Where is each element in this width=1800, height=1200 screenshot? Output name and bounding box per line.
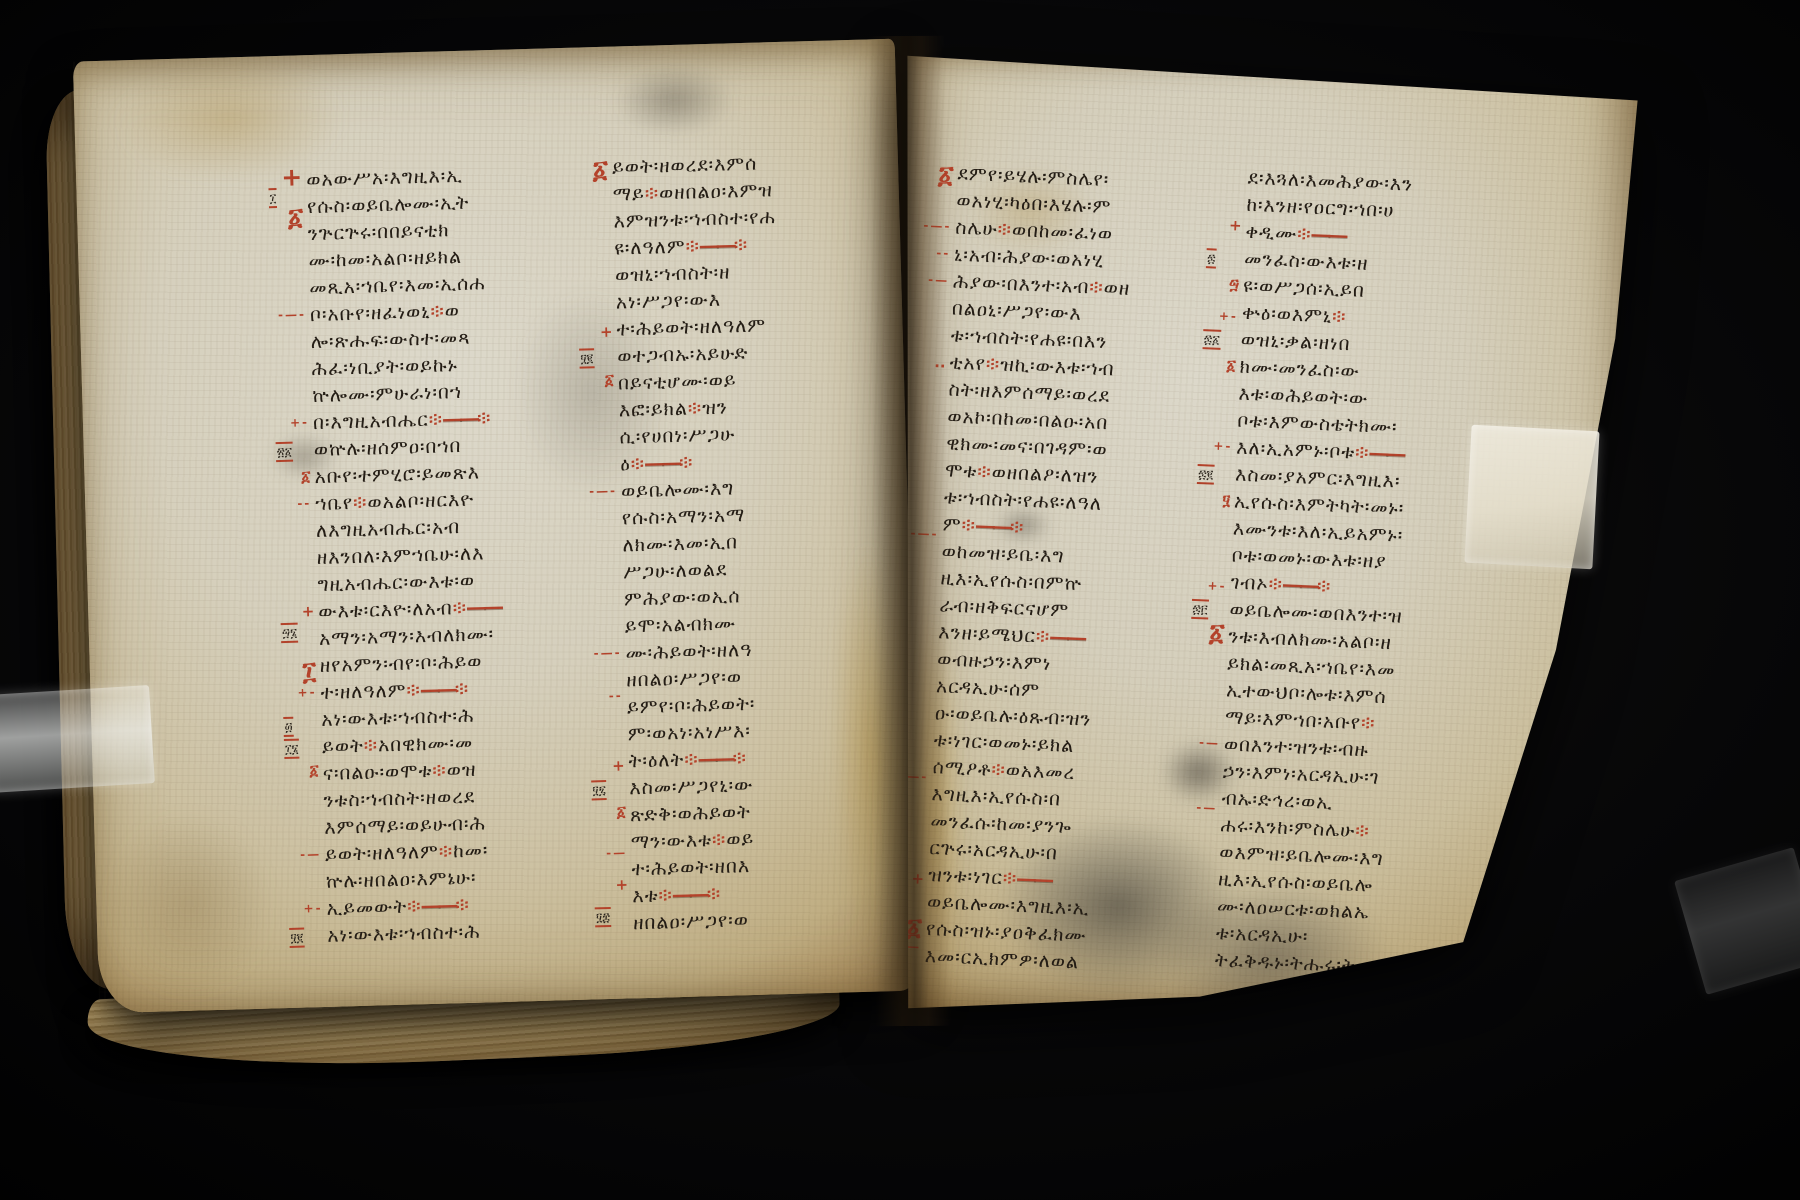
margin-mark: ፳፩	[276, 442, 294, 462]
margin-mark: ፶፯	[591, 780, 607, 800]
margin-mark: ‐—	[1178, 733, 1221, 751]
stain	[102, 806, 277, 1001]
margin-mark: ‐—	[279, 846, 321, 863]
right-page-column-1: ደምየ፡ይሄሉ፡ምስሌየ፡ወአነሂ፡ካዕበ፡እሄሉ፡ምስሌሁ፨ወበከመ፡ፈነወኒ…	[924, 161, 1224, 981]
margin-mark: +	[570, 323, 612, 340]
margin-mark: ፩	[261, 206, 304, 229]
margin-mark: +	[583, 758, 625, 775]
margin-mark: +	[272, 603, 314, 620]
margin-mark: +‐	[267, 414, 309, 431]
margin-mark: +‐	[280, 900, 322, 917]
margin-mark: ፷፪	[1197, 464, 1215, 485]
margin-mark: ፷	[1206, 248, 1217, 268]
margin-mark: ፵	[1197, 275, 1240, 293]
margin-mark: ፩	[1182, 620, 1225, 644]
margin-mark: ፶፪	[289, 928, 304, 948]
margin-mark: ፶፰	[595, 907, 612, 927]
margin-mark: +	[260, 166, 303, 189]
margin-mark: ‐—‐	[579, 645, 621, 662]
margin-mark: ፲	[268, 188, 277, 208]
margin-mark: +‐	[1190, 437, 1233, 455]
margin-mark: ፩	[277, 762, 319, 779]
margin-mark: ፲፮	[284, 739, 300, 759]
margin-mark: ፩	[572, 372, 614, 389]
margin-mark: +‐	[1196, 307, 1239, 325]
margin-mark: ፷፫	[1191, 599, 1209, 620]
margin-mark: +‐	[274, 684, 316, 701]
plastic-strip-left	[0, 685, 155, 793]
margin-mark: +‐	[1184, 577, 1227, 595]
margin-mark: ‐‐	[581, 688, 623, 705]
photo-background: ወአውሥአ፡እግዚእ፡ኢየሱስ፡ወይቤሎሙ፡ኢትንጕርጕሩ፡በበይናቲክሙ፡ከመ…	[0, 0, 1800, 1200]
margin-mark: ‐—‐	[264, 306, 306, 323]
plastic-strip-right	[1464, 425, 1599, 570]
margin-mark: ፵፮	[281, 622, 299, 642]
margin-mark: ‐—‐	[575, 483, 617, 500]
margin-mark: ፲	[274, 660, 317, 683]
margin-mark: ፩	[566, 159, 609, 182]
left-page-column-2: ይወት፡ዘወረደ፡እምሰማይ፨ወዘበልዐ፡እምዝእምዝንቱ፡ኀብስተ፡የሐዩ፡ለ…	[612, 147, 908, 937]
margin-mark: ‐—	[1175, 798, 1218, 816]
margin-mark: ፶፪	[579, 348, 594, 368]
book-gutter-shadow	[869, 36, 952, 1027]
margin-mark: ፷፩	[1202, 329, 1221, 350]
margin-mark: ፩	[584, 804, 626, 821]
margin-mark: +	[586, 877, 628, 894]
margin-mark: ፩	[1194, 356, 1237, 374]
left-page: ወአውሥአ፡እግዚእ፡ኢየሱስ፡ወይቤሎሙ፡ኢትንጕርጕሩ፡በበይናቲክሙ፡ከመ…	[73, 39, 921, 1014]
margin-mark: ፴	[283, 717, 294, 737]
plastic-strip-bottom-right	[1674, 847, 1800, 995]
margin-mark: ‐—	[585, 844, 627, 861]
margin-mark: ፶	[1188, 491, 1231, 509]
text-line: ትፈቅዱኑ፡ትሑሩ፡ት	[1214, 947, 1515, 987]
right-page-column-2: ደ፡እጓለ፡እመሕያው፡እንከ፡እንዘ፡የዐርግ፡ኀበ፡ሀቀዲሙ፨――መንፈስ፡…	[1214, 165, 1548, 987]
stain	[613, 63, 735, 136]
margin-mark: ፩	[268, 468, 310, 485]
stain	[113, 54, 346, 185]
margin-mark: ‐‐	[269, 495, 311, 512]
margin-mark: +	[1199, 215, 1242, 233]
left-page-column-1: ወአውሥአ፡እግዚእ፡ኢየሱስ፡ወይቤሎሙ፡ኢትንጕርጕሩ፡በበይናቲክሙ፡ከመ…	[306, 160, 598, 950]
